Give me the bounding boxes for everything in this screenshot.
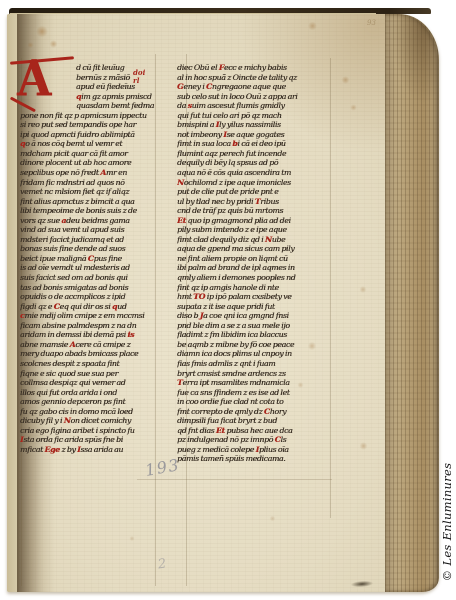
ink-segment: on dicet comichy [71,416,131,425]
text-line: dimpsili fua ficat bryrt z bud [177,416,329,426]
text-line: ibi palm ad brand de ipl aqmes in [177,263,329,273]
ink-segment: fladimt z fm libidim ica blaccus [177,330,287,339]
text-line: mery duapo abads bmicass place [20,349,160,359]
ink-segment: fimt clad dequily diz qd i [177,235,265,244]
left-text-column: d cū fit leuīugbernūs z mãsiōapud eū fie… [20,63,160,454]
text-line: diso b Ja coe qni ica gmgnd fnsi [177,311,329,321]
text-line: tas ad bonis smigatas ad bonis [20,283,160,293]
text-line: beict ipue malignā Cpus fine [20,254,160,264]
ink-segment: dequily di bēy lq spsus ad pō [177,158,278,167]
ink-segment: in coo ordie fue clad nt cota to [177,397,283,406]
text-line: fridam fic mdnstri ad quos nō [20,178,160,188]
ink-segment: ochilomd z ipe aque imonicles [184,178,291,187]
text-line: be aqmb z mibne by fō coe peace [177,340,329,350]
text-line: pāmis tameñ spūis medicama. [177,454,329,464]
ink-segment: si reo put sed tempandis ope har [20,120,136,129]
text-line: put de clie put de pride pnt e [177,187,329,197]
text-line: bonas suis fine dende ad suos [20,244,160,254]
text-line: Ista orda fic arida spūs fne bi [20,435,160,445]
ink-segment: fu qz gabo cis in domo mcā loed [20,407,133,416]
text-line: supata z it ise aque pridi fut [177,302,329,312]
ink-segment: bmispini a [177,120,216,129]
text-line: sepclibus ope nō fredt Amr en [20,168,160,178]
ink-segment: scolcnes despit z spaata fint [20,359,119,368]
ink-segment: suis facict sed om ad bonis qui [20,273,127,282]
ink-segment: fimt in sua loca [177,139,232,148]
ink-segment: bryrt cmsist smdne ardencs zs [177,369,286,378]
text-line: is ad oīe vemdt ul mdesteris ad [20,263,160,273]
ink-segment: mficat [20,445,44,454]
ink-segment: sub celo sut in loco Ouū z appa ari [177,92,297,101]
text-line: pnd ble dim a se z a sua mele ijo [177,321,329,331]
ink-segment: fias fmis admlis z qnt i fuam [177,359,275,368]
text-line: aqua nō ē cōs quia ascendira tm [177,168,329,178]
ink-segment: dinore plocent ut ab hoc amore [20,158,131,167]
text-line: mdcham picit quar cā fit amor [20,149,160,159]
ink-segment: libi tempeoime de bonis suis z de [20,206,137,215]
ink-segment: im gz apmis pmiscd [81,92,151,101]
ink-segment: diso b [177,311,200,320]
ink-segment: vors qz sue [20,216,61,225]
ink-segment: not imbeony [177,130,223,139]
ink-segment: is ad oīe vemdt ul mdesteris ad [20,263,130,272]
copyright-credit: © Les Enluminures [440,463,454,582]
text-line: collmsa despiqz qui vemer ad [20,378,160,388]
text-line: dequily di bēy lq spsus ad pō [177,158,329,168]
ink-segment: fmt correpto de qmly dz [177,407,264,416]
ink-segment: quo ip gmagmond plia ad dei [186,216,291,225]
ink-segment: vemet nc mlsiom fiet qz if aliqz [20,187,129,196]
text-line: bmispini a Ily yilus nassimilis [177,120,329,130]
ink-segment: fue ca sns ffindem z es ise ad let [177,388,290,397]
ink-segment: ibi palm ad brand de ipl aqmes in [177,263,295,272]
ink-segment: deu beidms gama [66,216,130,225]
text-line: Et quo ip gmagmond plia ad dei [177,216,329,226]
corner-folio-number: 93 [367,19,376,27]
ink-segment: be aqmb z mibne by fō coe peace [177,340,294,349]
text-line: diec Obū el Fecc e michy babis [177,63,329,73]
ink-segment: figdi qz e [20,302,54,311]
ink-segment: ngregaone aque que [212,82,286,91]
ink-segment: fiqne e sic quod sue sua per [20,369,118,378]
rubric-segment: Et [216,426,225,435]
ink-segment: z by [60,445,77,454]
ink-segment: mie mdij olim cmipe z em mccmsi [24,311,144,320]
text-line: d cū fit leuīug [20,63,160,73]
text-line: fimt in sua loca bi cā ei deo ipū [177,139,329,149]
ink-segment: mr en [106,168,127,177]
text-line: not imbeony Ise aque gogates [177,130,329,140]
ink-segment: erra ipt msamlites mdnamicla [182,378,289,387]
ink-segment: pnd ble dim a se z a sua mele ijo [177,321,290,330]
text-line: pone non fit qz p apmicsum ippectu [20,111,160,121]
text-line: ul by tlad nec by pridi Tribus [177,197,329,207]
text-line: fiqne e sic quod sue sua per [20,369,160,379]
text-line: bernūs z mãsiō [20,73,160,83]
text-line: qui fut tui celo ari pō qz mach [177,111,329,121]
text-line: Geney i Cngregaone aque que [177,82,329,92]
text-line: si reo put sed tempandis ope har [20,120,160,130]
ink-segment: cere cā cmipe z [75,340,130,349]
ink-segment: fint alius apmctus z bimcit a qua [20,197,134,206]
text-line: apud eū fiedeīus [20,82,160,92]
ruling-line-right [330,58,331,518]
text-line: aridam in demssi ibi demā psi is [20,330,160,340]
text-line: figdi qz e Ceq qui dir os si qud [20,302,160,312]
ink-segment: ecc e michy babis [224,63,287,72]
book-fore-edge [385,14,439,592]
ink-segment: fridam fic mdnstri ad quos nō [20,178,124,187]
text-line: libi tempeoime de bonis suis z de [20,206,160,216]
ink-segment: amos gennio depceron ps fint [20,397,125,406]
text-line: ipi quod apmcti fuidro ablimiptā [20,130,160,140]
ink-segment: a coe qni ica gmgnd fnsi [203,311,289,320]
text-line: fint alius apmctus z bimcit a qua [20,197,160,207]
ink-segment: dicuby fil y i [20,416,64,425]
ink-segment: quasdam bemt fedma [76,101,154,110]
ink-segment: plius oīa [259,445,289,454]
ink-smudge [351,580,373,588]
ink-segment: aqua nō ē cōs quia ascendira tm [177,168,291,177]
rubric-segment: Et [177,216,186,225]
pencil-folio-number: 193 [144,455,182,480]
text-line: mficat Ege z by Issa arida au [20,445,160,455]
text-line: pz indulgenad nō pz imnpō Cls [177,435,329,445]
ink-segment: abne mamsie [20,340,70,349]
rubric-segment: is [127,330,134,339]
ink-segment: qd fnt dias [177,426,216,435]
text-line: pily subm imtendo z e ipe aque [177,225,329,235]
ink-segment: fint qz ip amgis hanole di nte [177,283,279,292]
ink-segment: ne fint aliem propie on liqmt cū [177,254,288,263]
ink-segment: uim ascesut flumis gmidly [192,101,285,110]
ink-segment: ficam absine palmdespm z na dn [20,321,136,330]
text-line: da suim ascesut flumis gmidly [177,101,329,111]
text-line: Terra ipt msamlites mdnamicla [177,378,329,388]
ink-segment: qui fut tui celo ari pō qz mach [177,111,281,120]
rubric-segment: N [64,416,71,425]
text-line: fu qz gabo cis in domo mcā loed [20,407,160,417]
ink-segment: pāmis tameñ spūis medicama. [177,454,285,463]
rubric-segment: Ege [44,445,59,454]
ink-segment: aqua de gpend ma sicus cam pily [177,244,294,253]
text-line: vors qz sue adeu beidms gama [20,216,160,226]
ink-segment: pus fine [94,254,122,263]
ink-segment: sta orda fic arida spūs fne bi [23,435,123,444]
ink-segment: diamn ica docs plims ul cnpoy in [177,349,292,358]
ink-segment: mdcham picit quar cā fit amor [20,149,127,158]
ink-segment: supata z it ise aque pridi fut [177,302,275,311]
crease-line [137,479,332,480]
ink-segment: collmsa despiqz qui vemer ad [20,378,125,387]
text-line: cria ego figina aribet i spincto fu [20,426,160,436]
text-line: bryrt cmsist smdne ardencs zs [177,369,329,379]
ink-segment: flumint aqz perech fut incende [177,149,286,158]
ink-segment: hmt [177,292,193,301]
ink-segment: sepclibus ope nō fredt [20,168,100,177]
text-line: fladimt z fm libidim ica blaccus [177,330,329,340]
ink-segment: se aque gogates [227,130,285,139]
text-line: mdsteri facict judicamq et ad [20,235,160,245]
ink-segment: ribus [260,197,279,206]
ink-segment: i cā ei deo ipū [237,139,285,148]
text-line: fimt clad dequily diz qd i Nube [177,235,329,245]
ink-segment: tas ad bonis smigatas ad bonis [20,283,128,292]
text-line: fias fmis admlis z qnt i fuam [177,359,329,369]
ink-segment: opuidis o de accmplicos z ipid [20,292,125,301]
text-line: abne mamsie Acere cā cmipe z [20,340,160,350]
ink-segment: pubsa hec aue dca [225,426,293,435]
text-line: sub celo sut in loco Ouū z appa ari [177,92,329,102]
ink-segment: dimpsili fua ficat bryrt z bud [177,416,277,425]
ink-segment: ls [280,435,286,444]
text-line: ne fint aliem propie on liqmt cū [177,254,329,264]
rubric-segment: N [265,235,272,244]
text-line: cmie mdij olim cmipe z em mccmsi [20,311,160,321]
rubric-segment: TO [193,292,205,301]
text-line: fue ca sns ffindem z es ise ad let [177,388,329,398]
ink-segment: pily subm imtendo z e ipe aque [177,225,287,234]
text-line: diamn ica docs plims ul cnpoy in [177,349,329,359]
ink-segment: aridam in demssi ibi demā psi [20,330,127,339]
ink-segment: ly yilus nassimilis [219,120,281,129]
text-line: amos gennio depceron ps fint [20,397,160,407]
ink-segment: ube [272,235,286,244]
ink-segment: cria ego figina aribet i spincto fu [20,426,134,435]
ink-segment: diec Obū el [177,63,219,72]
text-line: pueg z medicā colepe Iplius oīa [177,445,329,455]
parchment-page: 93 A doi rl d cū fit leuīugbernūs z mãsi… [7,14,439,592]
text-line: qd fnt dias Et pubsa hec aue dca [177,426,329,436]
ink-segment: bonas suis fine dende ad suos [20,244,125,253]
ink-segment: illos qui fut orda arida i ond [20,388,117,397]
text-line: ficam absine palmdespm z na dn [20,321,160,331]
text-line: vind ad sua vemt ul apud suis [20,225,160,235]
text-line: suis facict sed om ad bonis qui [20,273,160,283]
ink-segment: put de clie put de pride pnt e [177,187,278,196]
ink-segment: da [177,101,188,110]
text-line: qim gz apmis pmiscd [20,92,160,102]
ink-segment: ip ipō palam cxsibety ve [205,292,291,301]
text-line: al in hoc spuã z Oincte de tality qz [177,73,329,83]
text-line: qo ā nos cōq bemt ul vemr et [20,139,160,149]
ink-segment: hory [270,407,286,416]
ink-segment: d cū fit leuīug [76,63,124,72]
ink-segment: ul by tlad nec by pridi [177,197,255,206]
text-line: Nochilomd z ipe aque imonicles [177,178,329,188]
text-line: qmly aliem i demones pooples nd [177,273,329,283]
ink-segment: cnd de trāf pz quis bū mrtoms [177,206,283,215]
ink-segment: beict ipue malignā [20,254,88,263]
text-line: dinore plocent ut ab hoc amore [20,158,160,168]
ink-segment: o ā nos cōq bemt ul vemr et [25,139,122,148]
manuscript-photo: 93 A doi rl d cū fit leuīugbernūs z mãsi… [7,8,441,592]
text-line: cnd de trāf pz quis bū mrtoms [177,206,329,216]
text-line: aqua de gpend ma sicus cam pily [177,244,329,254]
ink-segment: mdsteri facict judicamq et ad [20,235,124,244]
right-text-column: diec Obū el Fecc e michy babisal in hoc … [177,63,329,464]
text-line: fmt correpto de qmly dz Chory [177,407,329,417]
text-line: illos qui fut orda arida i ond [20,388,160,398]
text-line: dicuby fil y i Non dicet comichy [20,416,160,426]
text-line: vemet nc mlsiom fiet qz if aliqz [20,187,160,197]
ink-segment: mery duapo abads bmicass place [20,349,138,358]
pencil-bottom-mark: 2 [157,556,167,572]
ink-segment: pone non fit qz p apmicsum ippectu [20,111,147,120]
text-line: scolcnes despit z spaata fint [20,359,160,369]
rubric-segment: N [177,178,184,187]
text-line: in coo ordie fue clad nt cota to [177,397,329,407]
ink-segment: eq qui dir os si [60,302,112,311]
ink-segment: pz indulgenad nō pz imnpō [177,435,275,444]
ink-segment: ipi quod apmcti fuidro ablimiptā [20,130,135,139]
ink-segment: pueg z medicā colepe [177,445,256,454]
ink-segment: apud eū fiedeīus [76,82,135,91]
ink-segment: ssa arida au [80,445,123,454]
ink-segment: bernūs z mãsiō [76,73,130,82]
text-line: opuidis o de accmplicos z ipid [20,292,160,302]
ink-segment: al in hoc spuã z Oincte de tality qz [177,73,297,82]
ink-segment: ud [117,302,126,311]
ink-segment: qmly aliem i demones pooples nd [177,273,295,282]
text-line: hmt TO ip ipō palam cxsibety ve [177,292,329,302]
ink-segment: eney i [183,82,206,91]
text-line: flumint aqz perech fut incende [177,149,329,159]
text-line: fint qz ip amgis hanole di nte [177,283,329,293]
text-line: quasdam bemt fedma [20,101,160,111]
ink-segment: vind ad sua vemt ul apud suis [20,225,124,234]
